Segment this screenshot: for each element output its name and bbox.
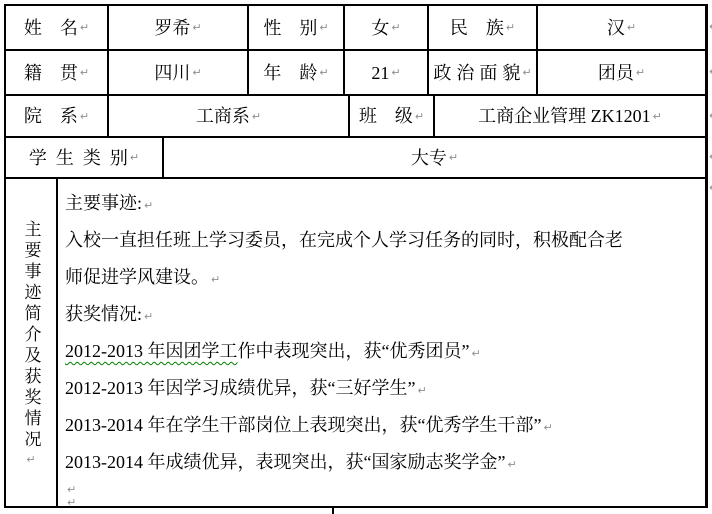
cell-name-label[interactable]: 姓 名↵ (5, 5, 108, 50)
line-text: 入校一直担任班上学习委员，在完成个人学习任务的同时，积极配合老 (65, 230, 623, 250)
cell-department-label[interactable]: 院 系↵ (5, 95, 108, 137)
paragraph-mark-icon: ↵ (507, 458, 516, 471)
age-value: 21 (371, 64, 389, 82)
class-label: 班 级 (359, 107, 413, 125)
class-value: 工商企业管理 ZK1201 (478, 107, 651, 125)
paragraph-mark-icon: ↵ (192, 67, 201, 78)
political-status-value: 团员 (598, 64, 634, 82)
paragraph-mark-icon: ↵ (506, 22, 515, 33)
next-row-column-divider (332, 506, 334, 514)
content-line: 2013-2014 年在学生干部岗位上表现突出，获“优秀学生干部”↵ (65, 407, 701, 444)
cell-political-label[interactable]: 政治面貌↵ (428, 50, 537, 95)
name-value: 罗希 (154, 19, 190, 37)
cell-class-value[interactable]: 工商企业管理 ZK1201↵ (434, 95, 706, 137)
line-text-spellcheck-underlined: 2012-2013 年因团学工 (65, 341, 238, 361)
cell-name-value[interactable]: 罗希↵ (108, 5, 248, 50)
paragraph-mark-icon: ↵ (25, 453, 38, 466)
paragraph-mark-icon: ↵ (449, 152, 458, 163)
line-text: 师促进学风建设。 (65, 267, 209, 287)
cell-hometown-label[interactable]: 籍 贯↵ (5, 50, 108, 95)
paragraph-mark-icon: ↵ (80, 111, 89, 122)
paragraph-mark-icon: ↵ (417, 384, 426, 397)
paragraph-mark-icon: ↵ (636, 67, 645, 78)
paragraph-mark-icon: ↵ (192, 22, 201, 33)
paragraph-mark-icon: ↵ (252, 111, 261, 122)
cell-gender-label[interactable]: 性 别↵ (248, 5, 344, 50)
line-text: 2012-2013 年因学习成绩优异，获“三好学生” (65, 378, 415, 398)
content-line: 入校一直担任班上学习委员，在完成个人学习任务的同时，积极配合老 (65, 222, 701, 259)
content-line: 主要事迹:↵ (65, 185, 701, 222)
cell-department-value[interactable]: 工商系↵ (108, 95, 349, 137)
line-text: 主要事迹: (65, 193, 142, 213)
department-value: 工商系 (196, 107, 250, 125)
content-line: 2013-2014 年成绩优异，表现突出，获“国家励志奖学金”↵ (65, 444, 701, 481)
line-text: 2013-2014 年成绩优异，表现突出，获“国家励志奖学金” (65, 452, 505, 472)
department-label: 院 系 (24, 107, 78, 125)
cell-achievements-content[interactable]: 主要事迹:↵ 入校一直担任班上学习委员，在完成个人学习任务的同时，积极配合老 师… (57, 178, 706, 507)
cell-ethnicity-value[interactable]: 汉↵ (537, 5, 706, 50)
hometown-value: 四川 (154, 64, 190, 82)
student-category-label: 学生类别 (29, 149, 137, 167)
cell-age-value[interactable]: 21↵ (344, 50, 428, 95)
cell-achievements-header[interactable]: 主要事迹简介及获奖情况↵ (5, 178, 57, 507)
paragraph-mark-icon: ↵ (211, 273, 220, 286)
cell-ethnicity-label[interactable]: 民 族↵ (428, 5, 537, 50)
content-line: 师促进学风建设。↵ (65, 259, 701, 296)
paragraph-mark-icon: ↵ (80, 67, 89, 78)
hometown-label: 籍 贯 (24, 64, 78, 82)
content-line-empty: ↵ (65, 494, 701, 507)
paragraph-mark-icon: ↵ (130, 152, 139, 163)
gender-label: 性 别 (263, 19, 317, 37)
age-label: 年 龄 (263, 64, 317, 82)
ethnicity-value: 汉 (607, 19, 625, 37)
content-line: 获奖情况:↵ (65, 296, 701, 333)
ethnicity-label: 民 族 (450, 19, 504, 37)
paragraph-mark-icon: ↵ (471, 347, 480, 360)
paragraph-mark-icon: ↵ (543, 421, 552, 434)
document-page: 姓 名↵ 罗希↵ 性 别↵ 女↵ 民 族↵ 汉↵ 籍 贯↵ 四川↵ 年 龄↵ 2… (0, 0, 712, 514)
paragraph-mark-icon: ↵ (391, 67, 400, 78)
content-line: 2012-2013 年因团学工作中表现突出，获“优秀团员”↵ (65, 333, 701, 370)
cell-class-label[interactable]: 班 级↵ (349, 95, 434, 137)
paragraph-mark-icon: ↵ (319, 67, 328, 78)
student-category-value: 大专 (411, 149, 447, 167)
paragraph-mark-icon: ↵ (522, 67, 531, 78)
cell-hometown-value[interactable]: 四川↵ (108, 50, 248, 95)
cell-age-label[interactable]: 年 龄↵ (248, 50, 344, 95)
paragraph-mark-icon: ↵ (80, 22, 89, 33)
paragraph-mark-icon: ↵ (144, 310, 153, 323)
content-line-empty: ↵ (65, 481, 701, 494)
paragraph-mark-icon: ↵ (144, 199, 153, 212)
paragraph-mark-icon: ↵ (67, 496, 76, 509)
gender-value: 女 (371, 19, 389, 37)
name-label: 姓 名 (24, 19, 78, 37)
paragraph-mark-icon: ↵ (415, 111, 424, 122)
paragraph-mark-icon: ↵ (653, 111, 662, 122)
paragraph-mark-icon: ↵ (319, 22, 328, 33)
cell-student-category-value[interactable]: 大专↵ (163, 137, 706, 178)
line-text: 2013-2014 年在学生干部岗位上表现突出，获“优秀学生干部” (65, 415, 541, 435)
paragraph-mark-icon: ↵ (627, 22, 636, 33)
achievements-header-vertical-text: 主要事迹简介及获奖情况↵ (23, 220, 40, 466)
political-status-label: 政治面貌 (433, 64, 525, 82)
line-text: 作中表现突出，获“优秀团员” (238, 341, 470, 361)
cell-political-value[interactable]: 团员↵ (537, 50, 706, 95)
cell-gender-value[interactable]: 女↵ (344, 5, 428, 50)
cell-student-category-label[interactable]: 学生类别↵ (5, 137, 163, 178)
line-text: 获奖情况: (65, 304, 142, 324)
content-line: 2012-2013 年因学习成绩优异，获“三好学生”↵ (65, 370, 701, 407)
paragraph-mark-icon: ↵ (391, 22, 400, 33)
